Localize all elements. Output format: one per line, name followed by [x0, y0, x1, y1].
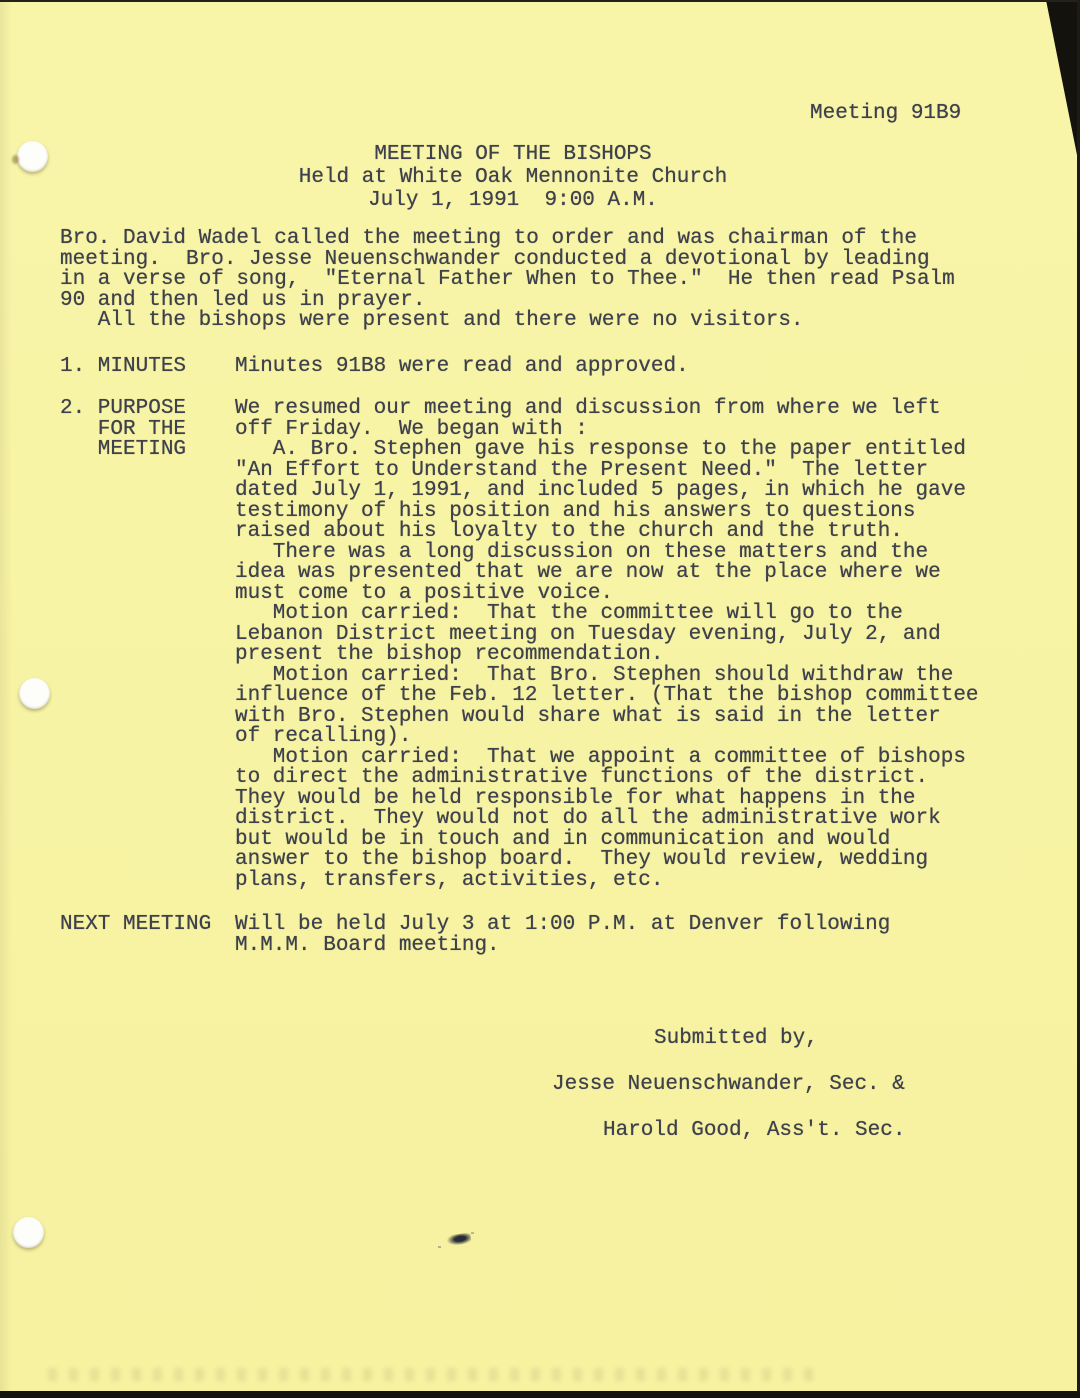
paragraph-line: meeting. Bro. Jesse Neuenschwander condu…: [60, 250, 955, 271]
section-label: NEXT MEETING: [60, 915, 235, 956]
body-line: present the bishop recommendation.: [235, 645, 979, 666]
document-title: MEETING OF THE BISHOPS: [60, 143, 966, 166]
paragraph-line: 90 and then led us in prayer.: [60, 291, 955, 312]
section-body: Will be held July 3 at 1:00 P.M. at Denv…: [235, 915, 890, 956]
body-line: Motion carried: That the committee will …: [235, 604, 979, 625]
section-purpose: 2. PURPOSE FOR THE MEETING We resumed ou…: [60, 399, 979, 891]
section-body: Minutes 91B8 were read and approved.: [235, 357, 689, 378]
datetime-line: July 1, 1991 9:00 A.M.: [60, 189, 966, 212]
document-title-block: MEETING OF THE BISHOPS Held at White Oak…: [60, 143, 966, 212]
body-line: Lebanon District meeting on Tuesday even…: [235, 625, 979, 646]
body-line: but would be in touch and in communicati…: [235, 830, 979, 851]
body-line: "An Effort to Understand the Present Nee…: [235, 461, 979, 482]
punch-hole-middle: [19, 678, 50, 709]
scanned-document-page: Meeting 91B9 MEETING OF THE BISHOPS Held…: [0, 0, 1080, 1398]
body-line: They would be held responsible for what …: [235, 789, 979, 810]
body-line: plans, transfers, activities, etc.: [235, 871, 979, 892]
venue-line: Held at White Oak Mennonite Church: [60, 166, 966, 189]
body-line: Will be held July 3 at 1:00 P.M. at Denv…: [235, 915, 890, 936]
body-line: raised about his loyalty to the church a…: [235, 522, 979, 543]
body-line: M.M.M. Board meeting.: [235, 936, 890, 957]
section-label: 2. PURPOSE FOR THE MEETING: [60, 399, 235, 891]
punch-hole-bottom: [13, 1217, 44, 1248]
body-line: answer to the bishop board. They would r…: [235, 850, 979, 871]
body-line: Motion carried: That we appoint a commit…: [235, 748, 979, 769]
punch-hole-top: [17, 141, 48, 172]
scan-edge-top: [0, 0, 1080, 2]
bleed-through-ghost-text: [48, 1368, 818, 1381]
section-minutes: 1. MINUTES Minutes 91B8 were read and ap…: [60, 357, 689, 378]
body-line: A. Bro. Stephen gave his response to the…: [235, 440, 979, 461]
body-line: of recalling).: [235, 727, 979, 748]
signature-assistant-secretary: Harold Good, Ass't. Sec.: [603, 1121, 905, 1142]
body-line: We resumed our meeting and discussion fr…: [235, 399, 979, 420]
body-line: There was a long discussion on these mat…: [235, 543, 979, 564]
body-line: district. They would not do all the admi…: [235, 809, 979, 830]
body-line: dated July 1, 1991, and included 5 pages…: [235, 481, 979, 502]
section-body: We resumed our meeting and discussion fr…: [235, 399, 979, 891]
body-line: Minutes 91B8 were read and approved.: [235, 357, 689, 378]
body-line: must come to a positive voice.: [235, 584, 979, 605]
ink-speck: [471, 1232, 474, 1234]
body-line: to direct the administrative functions o…: [235, 768, 979, 789]
paragraph-line: All the bishops were present and there w…: [60, 311, 955, 332]
paragraph-line: in a verse of song, "Eternal Father When…: [60, 270, 955, 291]
body-line: off Friday. We began with :: [235, 420, 979, 441]
body-line: testimony of his position and his answer…: [235, 502, 979, 523]
body-line: with Bro. Stephen would share what is sa…: [235, 707, 979, 728]
paragraph-line: Bro. David Wadel called the meeting to o…: [60, 229, 955, 250]
signature-submitted-by: Submitted by,: [654, 1029, 818, 1050]
body-line: Motion carried: That Bro. Stephen should…: [235, 666, 979, 687]
signature-secretary: Jesse Neuenschwander, Sec. &: [552, 1075, 905, 1096]
body-line: influence of the Feb. 12 letter. (That t…: [235, 686, 979, 707]
body-line: idea was presented that we are now at th…: [235, 563, 979, 584]
meeting-number: Meeting 91B9: [810, 104, 961, 125]
section-next-meeting: NEXT MEETING Will be held July 3 at 1:00…: [60, 915, 890, 956]
section-label: 1. MINUTES: [60, 357, 235, 378]
scan-edge-bottom: [0, 1391, 1080, 1398]
opening-paragraph: Bro. David Wadel called the meeting to o…: [60, 229, 955, 332]
ink-speck: [438, 1246, 441, 1248]
